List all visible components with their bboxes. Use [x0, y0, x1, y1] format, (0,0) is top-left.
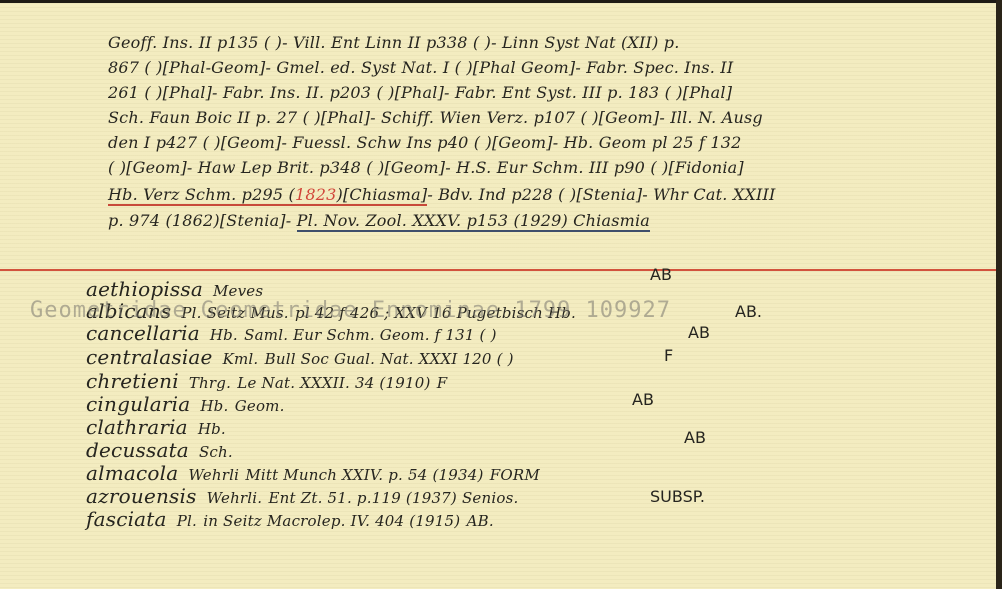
species-entry: cancellariaHb. Saml. Eur Schm. Geom. f 1…	[86, 321, 497, 345]
species-entry: cingulariаHb. Geom.	[86, 392, 285, 416]
red-divider	[0, 269, 996, 271]
species-entry: fasciataPl. in Seitz Macrolep. IV. 404 (…	[86, 507, 494, 531]
prout-citation: Pl. Nov. Zool. XXXV. p153 (1929) Chiasmi…	[297, 211, 650, 232]
tag-decussata: AB	[684, 428, 706, 447]
reference-line-3: 261 ( )[Phal]- Fabr. Ins. II. p203 ( )[P…	[108, 83, 732, 102]
reference-line-4: Sch. Faun Boic II p. 27 ( )[Phal]- Schif…	[108, 108, 763, 127]
index-card: Geoff. Ins. II p135 ( )- Vill. Ent Linn …	[0, 3, 996, 589]
reference-line-5: den I p427 ( )[Geom]- Fuessl. Schw Ins p…	[108, 133, 742, 152]
red-year: 1823	[295, 185, 337, 204]
reference-line-1: Geoff. Ins. II p135 ( )- Vill. Ent Linn …	[108, 33, 680, 52]
reference-line-7: Hb. Verz Schm. p295 (1823)[Chiasma]- Bdv…	[108, 185, 776, 204]
tag-aethiopissa: AB	[650, 265, 672, 284]
reference-line-2: 867 ( )[Phal-Geom]- Gmel. ed. Syst Nat. …	[108, 58, 733, 77]
tag-albicans: AB.	[735, 302, 762, 321]
species-entry: chretieniThrg. Le Nat. XXXII. 34 (1910) …	[86, 369, 447, 393]
tag-centralasiae: F	[664, 346, 673, 365]
hubner-citation: Hb. Verz Schm. p295 (1823)[Chiasma]	[108, 185, 427, 206]
species-entry: clathrariaHb.	[86, 415, 226, 439]
species-entry: centralasiaeKml. Bull Soc Gual. Nat. XXX…	[86, 345, 514, 369]
species-entry: almacolaWehrli Mitt Munch XXIV. p. 54 (1…	[86, 461, 540, 485]
tag-cancellaria: AB	[688, 323, 710, 342]
species-entry: decussataSch.	[86, 438, 233, 462]
reference-line-8: p. 974 (1862)[Stenia]- Pl. Nov. Zool. XX…	[108, 211, 650, 230]
tag-cingularia: AB	[632, 390, 654, 409]
card-edge-shadow	[996, 0, 1002, 589]
species-entry: azrouensisWehrli. Ent Zt. 51. p.119 (193…	[86, 484, 518, 508]
tag-azrouensis: SUBSP.	[650, 487, 705, 506]
reference-line-6: ( )[Geom]- Haw Lep Brit. p348 ( )[Geom]-…	[108, 158, 744, 177]
catalog-watermark: Geometridae Geometridae Ennominae 1799 1…	[30, 298, 671, 323]
